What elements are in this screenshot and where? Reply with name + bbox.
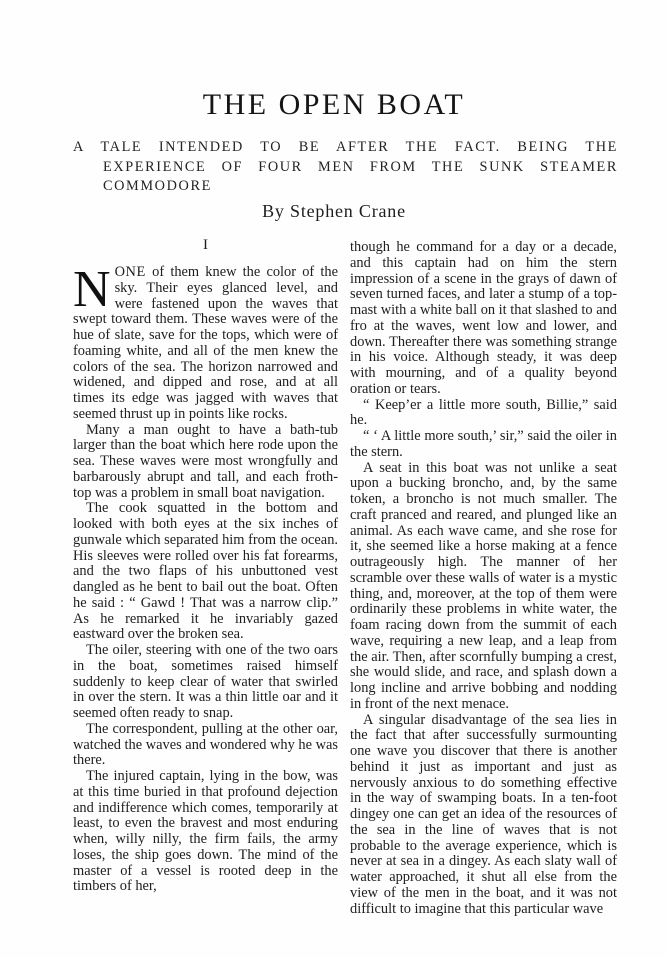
drop-cap: N (73, 270, 111, 312)
paragraph: A singular disadvantage of the sea lies … (350, 713, 617, 918)
opening-paragraph-text: of them knew the color of the sky. Their… (73, 264, 338, 422)
right-column: though he command for a day or a decade,… (350, 240, 617, 917)
book-page: THE OPEN BOAT A TALE INTENDED TO BE AFTE… (0, 0, 668, 957)
paragraph: “ ‘ A little more south,’ sir,” said the… (350, 429, 617, 461)
paragraph: A seat in this boat was not unlike a sea… (350, 461, 617, 713)
author-byline: By Stephen Crane (0, 201, 668, 222)
section-numeral: I (73, 237, 338, 253)
opening-paragraph: NONE of them knew the color of the sky. … (73, 265, 338, 423)
paragraph: “ Keep’er a little more south, Billie,” … (350, 398, 617, 430)
story-title: THE OPEN BOAT (0, 88, 668, 122)
paragraph-continued: though he command for a day or a decade,… (350, 240, 617, 398)
story-subtitle: A TALE INTENDED TO BE AFTER THE FACT. BE… (73, 138, 618, 197)
opening-word: ONE (115, 264, 146, 280)
paragraph: The correspondent, pulling at the other … (73, 722, 338, 769)
left-column: I NONE of them knew the color of the sky… (73, 237, 338, 895)
paragraph: The cook squatted in the bottom and look… (73, 501, 338, 643)
paragraph: The injured captain, lying in the bow, w… (73, 769, 338, 895)
paragraph: The oiler, steering with one of the two … (73, 643, 338, 722)
paragraph: Many a man ought to have a bath-tub larg… (73, 423, 338, 502)
